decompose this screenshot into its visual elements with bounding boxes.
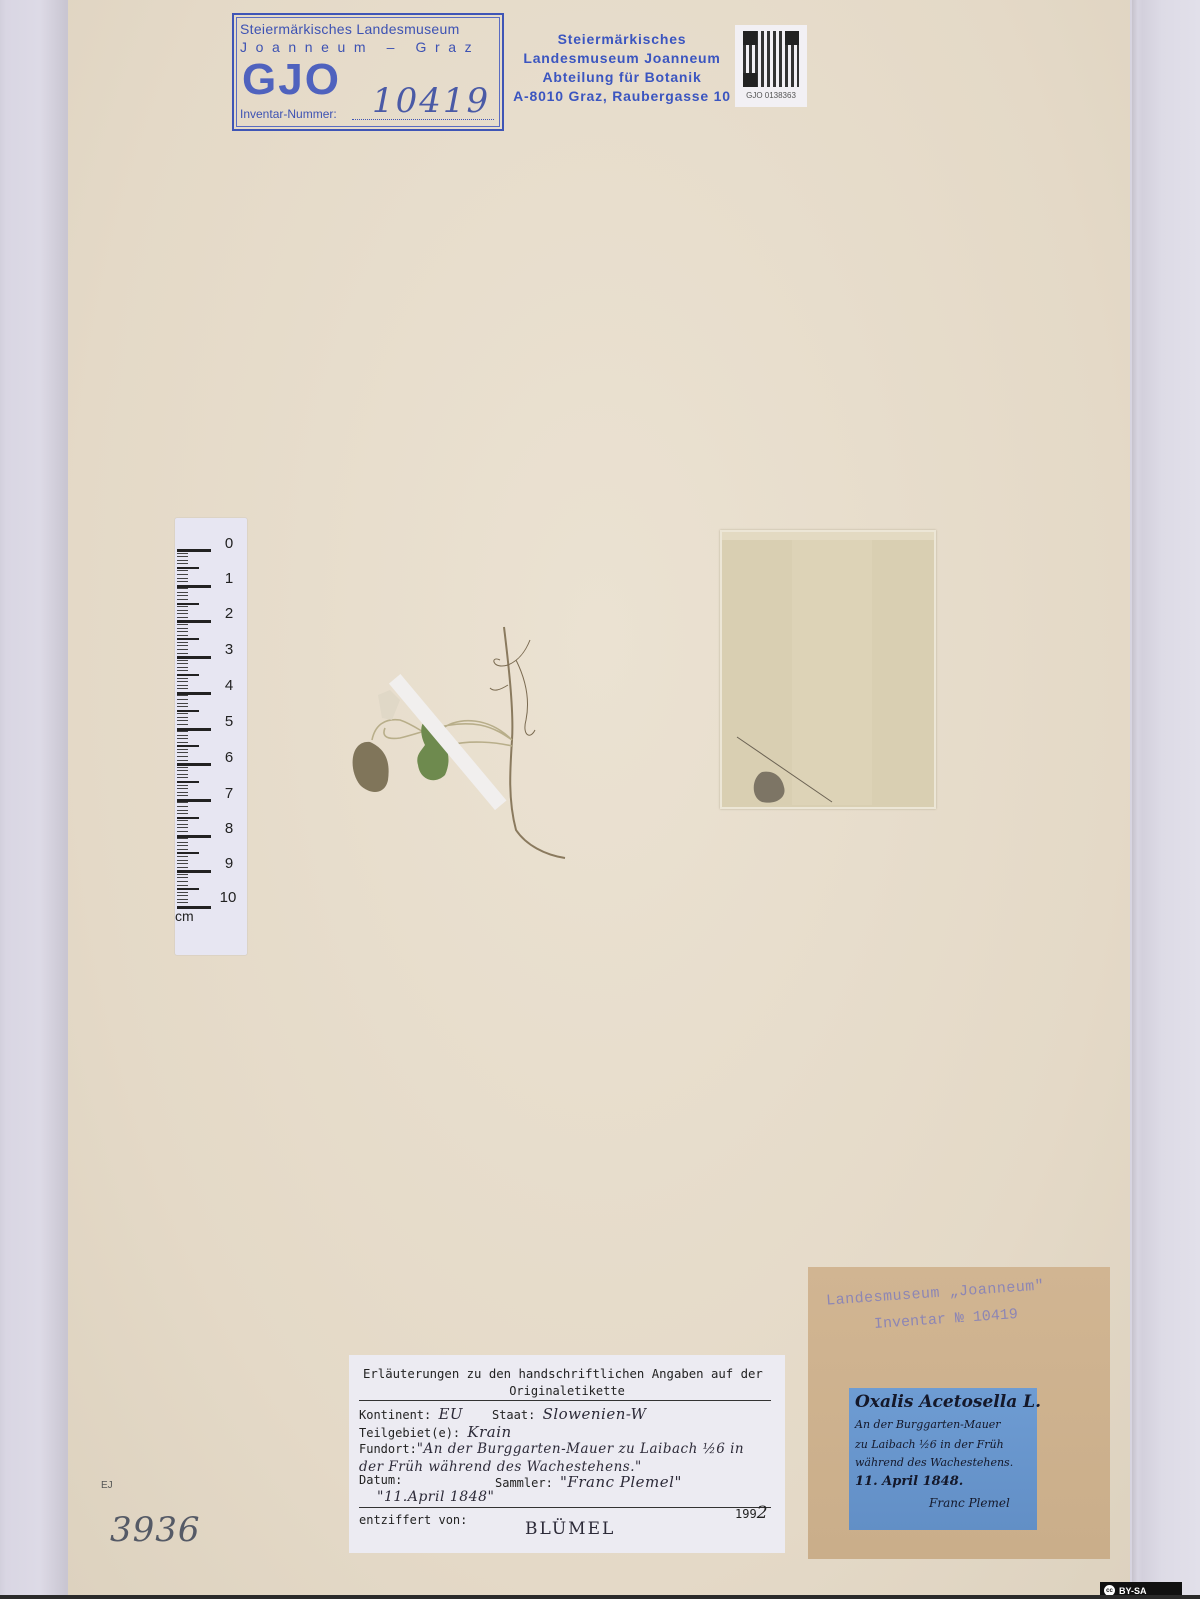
sheet-number: 3936 (110, 1510, 201, 1550)
ruler-tick (177, 663, 188, 664)
ruler-tick (177, 556, 188, 557)
ruler-tick (177, 653, 188, 654)
ruler-tick (177, 606, 188, 607)
ruler-number: 4 (219, 677, 239, 694)
ruler-tick (177, 624, 188, 625)
ruler-tick (177, 635, 188, 636)
ruler-tick (177, 767, 188, 768)
ruler-tick (177, 881, 188, 882)
ruler-tick (177, 781, 199, 783)
species-name: Oxalis Acetosella L. (855, 1392, 1041, 1412)
ruler-tick (177, 656, 211, 659)
inventory-number: 10419 (372, 81, 490, 121)
ruler-tick (177, 692, 211, 695)
ruler-tick (177, 599, 188, 600)
staat-value: Slowenien-W (543, 1405, 647, 1423)
ruler-tick (177, 813, 188, 814)
ruler-tick (177, 802, 188, 803)
ruler-tick (177, 574, 188, 575)
datum-value: "11.April 1848" (377, 1489, 494, 1505)
ruler-tick (177, 895, 188, 896)
ruler-tick (177, 660, 188, 661)
ruler-tick (177, 742, 188, 743)
entziffert-label: entziffert von: (359, 1513, 467, 1527)
license-text: BY-SA (1119, 1586, 1147, 1596)
fundort-value: "An der Burggarten-Mauer zu Laibach ½6 i… (417, 1441, 744, 1457)
ruler-tick (177, 774, 188, 775)
ruler-tick (177, 845, 188, 846)
department-line: Steiermärkisches (512, 30, 732, 49)
ruler-tick (177, 827, 188, 828)
herbarium-stamp: Steiermärkisches Landesmuseum Joanneum –… (232, 13, 504, 131)
qr-code-icon (743, 31, 799, 87)
ruler-tick (177, 567, 199, 569)
ruler-number: 10 (215, 889, 241, 906)
locality-line-3: während des Wachestehens. (855, 1456, 1013, 1469)
ruler-tick (177, 838, 188, 839)
ruler-tick (177, 595, 188, 596)
ruler-tick (177, 570, 188, 571)
fragment-packet (720, 530, 936, 809)
ruler-tick (177, 549, 211, 552)
ruler-tick (177, 560, 188, 561)
sammler-row: Sammler: "Franc Plemel" (495, 1473, 682, 1491)
ruler-tick (177, 817, 199, 819)
ruler-tick (177, 649, 188, 650)
ruler-tick (177, 678, 188, 679)
background-left (0, 0, 68, 1599)
ruler-tick (177, 806, 188, 807)
label-title: Erläuterungen zu den handschriftlichen A… (363, 1367, 783, 1381)
ruler-tick (177, 703, 188, 704)
department-line: A-8010 Graz, Raubergasse 10 (512, 87, 732, 106)
ruler-tick (177, 788, 188, 789)
year-suffix: 2 (757, 1503, 768, 1523)
label-title-2: Originaletikette (349, 1384, 785, 1398)
ruler-tick (177, 799, 211, 802)
ruler-tick (177, 735, 188, 736)
ruler-tick (177, 731, 188, 732)
stamp-line-2: Joanneum – Graz (240, 39, 480, 55)
ruler-tick (177, 585, 211, 588)
ruler-tick (177, 810, 188, 811)
ruler-number: 1 (219, 570, 239, 587)
ruler-tick (177, 592, 188, 593)
ruler-tick (177, 752, 188, 753)
ruler-tick (177, 553, 188, 554)
ruler-tick (177, 699, 188, 700)
ruler-tick (177, 820, 188, 821)
background-right (1132, 0, 1200, 1599)
ruler-tick (177, 720, 188, 721)
packet-flap (722, 532, 934, 540)
locality-line-1: An der Burggarten-Mauer (855, 1418, 1001, 1431)
fundort-label: Fundort: (359, 1442, 417, 1456)
ruler-tick (177, 667, 188, 668)
ruler-tick (177, 631, 188, 632)
ruler-tick (177, 856, 188, 857)
inventory-label: Inventar-Nummer: (240, 107, 337, 121)
teilgebiet-value: Krain (467, 1423, 511, 1441)
ruler-number: 2 (219, 605, 239, 622)
department-stamp: Steiermärkisches Landesmuseum Joanneum A… (512, 30, 732, 106)
department-line: Landesmuseum Joanneum (512, 49, 732, 68)
ruler-tick (177, 645, 188, 646)
ruler-tick (177, 795, 188, 796)
ruler-tick (177, 642, 188, 643)
ruler-tick (177, 710, 199, 712)
divider (359, 1507, 771, 1508)
collector-signature: Franc Plemel (929, 1496, 1010, 1510)
ruler-tick (177, 620, 211, 623)
stamp-line-1: Steiermärkisches Landesmuseum (240, 21, 460, 37)
ruler-tick (177, 870, 211, 873)
ruler-tick (177, 749, 188, 750)
leaf-fragment-icon (732, 732, 842, 807)
divider (359, 1400, 771, 1401)
ruler-tick (177, 785, 188, 786)
ruler-unit: cm (175, 908, 194, 924)
ruler-number: 9 (219, 855, 239, 872)
ruler-tick (177, 578, 188, 579)
ruler-tick (177, 745, 199, 747)
sammler-label: Sammler: (495, 1476, 553, 1490)
ruler-tick (177, 902, 188, 903)
ruler-tick (177, 863, 188, 864)
ruler-number: 5 (219, 713, 239, 730)
ruler-tick (177, 670, 188, 671)
ruler-tick (177, 824, 188, 825)
ruler-tick (177, 852, 199, 854)
original-label: Oxalis Acetosella L. An der Burggarten-M… (849, 1388, 1037, 1530)
teilgebiet-row: Teilgebiet(e): Krain (359, 1423, 512, 1441)
transcription-label: Erläuterungen zu den handschriftlichen A… (349, 1355, 785, 1553)
ruler-tick (177, 581, 188, 582)
ruler-tick (177, 888, 199, 890)
kontinent-row: Kontinent: EU Staat: Slowenien-W (359, 1405, 647, 1423)
ruler-tick (177, 617, 188, 618)
fundort-row: Fundort:"An der Burggarten-Mauer zu Laib… (359, 1441, 744, 1457)
kontinent-value: EU (438, 1405, 463, 1423)
ruler-tick (177, 792, 188, 793)
ruler-tick (177, 681, 188, 682)
ruler-tick (177, 831, 188, 832)
collection-date: 11. April 1848. (855, 1474, 963, 1489)
ruler-tick (177, 638, 199, 640)
ruler-tick (177, 892, 188, 893)
ruler-tick (177, 706, 188, 707)
ruler-tick (177, 885, 188, 886)
sammler-value: "Franc Plemel" (560, 1473, 682, 1491)
year-prefix: 199 (735, 1507, 757, 1521)
ruler-tick (177, 717, 188, 718)
ruler-tick (177, 603, 199, 605)
ruler-tick (177, 877, 188, 878)
ruler-tick (177, 610, 188, 611)
ruler-tick (177, 867, 188, 868)
ruler-tick (177, 835, 211, 838)
ruler-tick (177, 760, 188, 761)
bottom-border (0, 1595, 1200, 1599)
entziffert-value: BLÜMEL (525, 1519, 615, 1539)
ruler-tick (177, 588, 188, 589)
ruler-tick (177, 738, 188, 739)
barcode-label: GJO 0138363 (735, 25, 807, 107)
ruler-tick (177, 849, 188, 850)
ruler-tick (177, 563, 188, 564)
ruler-tick (177, 713, 188, 714)
initials-annotation: EJ (101, 1480, 113, 1491)
stamp-code: GJO (242, 55, 341, 105)
ruler-number: 6 (219, 749, 239, 766)
scale-ruler: 0 1 2 3 4 5 6 7 8 9 10 cm (175, 518, 247, 955)
year: 1992 (735, 1503, 768, 1523)
locality-line-2: zu Laibach ½6 in der Früh (855, 1438, 1004, 1451)
ruler-tick (177, 899, 188, 900)
ruler-tick (177, 685, 188, 686)
ruler-tick (177, 613, 188, 614)
ruler-tick (177, 756, 188, 757)
museum-stamp-line-1: Landesmuseum „Joanneum" (826, 1277, 1045, 1309)
staat-label: Staat: (492, 1408, 535, 1422)
ruler-number: 0 (219, 535, 239, 552)
kontinent-label: Kontinent: (359, 1408, 431, 1422)
ruler-number: 8 (219, 820, 239, 837)
department-line: Abteilung für Botanik (512, 68, 732, 87)
plant-specimen-icon (330, 600, 590, 870)
datum-row: Datum: (359, 1473, 402, 1487)
ruler-number: 7 (219, 785, 239, 802)
ruler-tick (177, 860, 188, 861)
ruler-tick (177, 674, 199, 676)
ruler-tick (177, 777, 188, 778)
ruler-tick (177, 770, 188, 771)
museum-stamp-line-2: Inventar № 10419 (874, 1306, 1019, 1333)
ruler-tick (177, 874, 188, 875)
ruler-tick (177, 842, 188, 843)
datum-label: Datum: (359, 1473, 402, 1487)
ruler-tick (177, 688, 188, 689)
ruler-number: 3 (219, 641, 239, 658)
ruler-tick (177, 628, 188, 629)
ruler-tick (177, 728, 211, 731)
ruler-tick (177, 724, 188, 725)
barcode-id: GJO 0138363 (735, 91, 807, 100)
teilgebiet-label: Teilgebiet(e): (359, 1426, 460, 1440)
ruler-tick (177, 695, 188, 696)
ruler-tick (177, 763, 211, 766)
